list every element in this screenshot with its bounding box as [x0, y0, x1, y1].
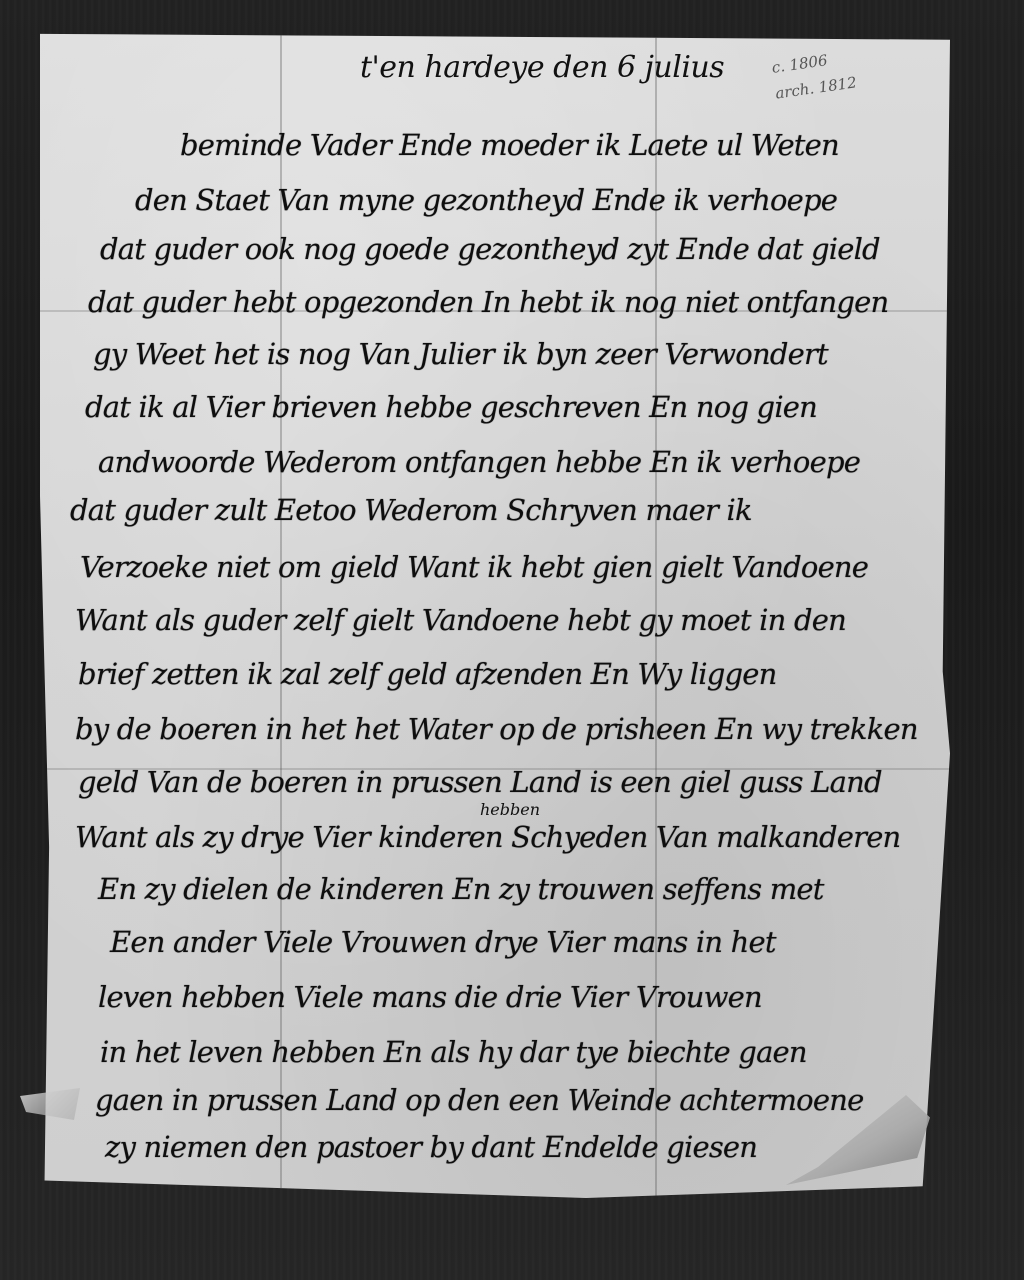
letter-line-3: dat guder ook nog goede gezontheyd zyt E… — [100, 232, 880, 266]
letter-line-4: dat guder hebt opgezonden In hebt ik nog… — [88, 285, 888, 319]
letter-line-9: Verzoeke niet om gield Want ik hebt gien… — [80, 550, 868, 584]
letter-line-17: leven hebben Viele mans die drie Vier Vr… — [98, 980, 762, 1014]
interlinear-insertion: hebben — [480, 800, 540, 819]
letter-line-10: Want als guder zelf gielt Vandoene hebt … — [75, 603, 846, 637]
letter-line-16: Een ander Viele Vrouwen drye Vier mans i… — [110, 925, 776, 959]
letter-line-8: dat guder zult Eetoo Wederom Schryven ma… — [70, 493, 752, 527]
letter-line-18: in het leven hebben En als hy dar tye bi… — [100, 1035, 807, 1069]
letter-line-6: dat ik al Vier brieven hebbe geschreven … — [85, 390, 817, 424]
letter-line-5: gy Weet het is nog Van Julier ik byn zee… — [93, 337, 828, 371]
letter-line-7: andwoorde Wederom ontfangen hebbe En ik … — [98, 445, 860, 479]
letter-line-1: beminde Vader Ende moeder ik Laete ul We… — [180, 128, 839, 162]
letter-line-13: geld Van de boeren in prussen Land is ee… — [78, 765, 882, 799]
letter-line-11: brief zetten ik zal zelf geld afzenden E… — [78, 657, 777, 691]
letter-line-20: zy niemen den pastoer by dant Endelde gi… — [105, 1130, 757, 1164]
letter-line-12: by de boeren in het het Water op de pris… — [75, 712, 918, 746]
letter-body: beminde Vader Ende moeder ik Laete ul We… — [0, 0, 1024, 1280]
letter-line-14: Want als zy drye Vier kinderen Schyeden … — [75, 820, 900, 854]
letter-line-19: gaen in prussen Land op den een Weinde a… — [95, 1083, 863, 1117]
letter-line-15: En zy dielen de kinderen En zy trouwen s… — [98, 872, 824, 906]
letter-line-2: den Staet Van myne gezontheyd Ende ik ve… — [135, 183, 837, 217]
